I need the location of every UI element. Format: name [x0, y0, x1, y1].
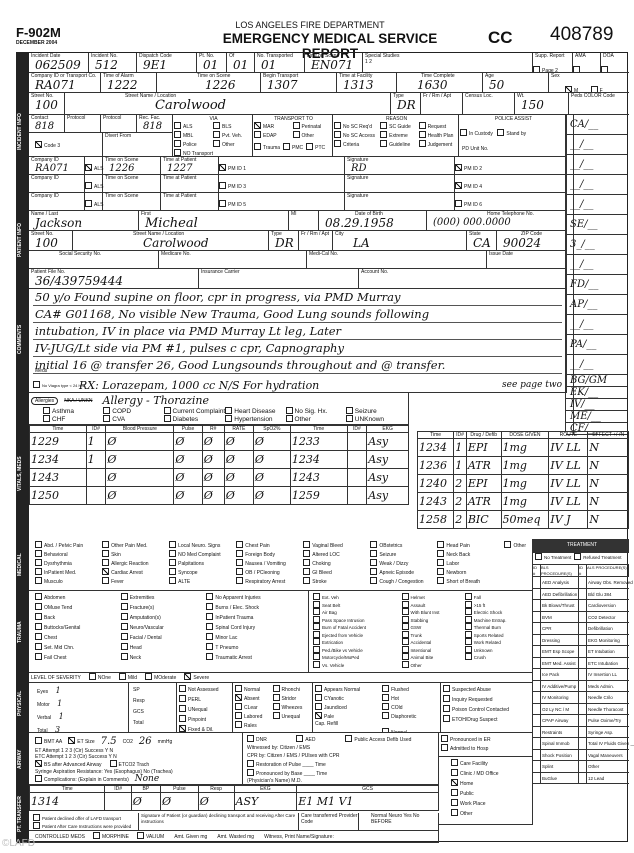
id-cell[interactable]	[579, 635, 587, 646]
time-complete-field[interactable]: Time Complete1630	[397, 73, 483, 93]
time-scene-field[interactable]: Time on Scene1226	[157, 73, 261, 93]
mechanism-checkbox[interactable]: Ejected from Vehicle	[313, 631, 402, 639]
file-no-field[interactable]: Patient File No.36/439759444	[29, 269, 199, 289]
side-code-17[interactable]: ME/__	[566, 411, 627, 423]
cell[interactable]: Ø	[224, 469, 253, 487]
als-procedure[interactable]: Vagal Maneuvers	[587, 750, 629, 761]
complaint-checkbox[interactable]: Nausea / Vomiting	[236, 559, 303, 568]
complaint-checkbox[interactable]: Foreign Body	[236, 550, 303, 559]
als-procedure[interactable]: ETC Intubation	[587, 658, 629, 669]
als-procedure[interactable]: Defibrillation	[587, 623, 629, 634]
pt-street-no-field[interactable]: Street No.100	[29, 231, 73, 251]
loc-work-checkbox[interactable]: Work Place	[451, 799, 530, 809]
hx-asthma-checkbox[interactable]: Asthma	[43, 407, 103, 415]
bls-procedure[interactable]: AED Defibrillation	[541, 589, 579, 600]
trauma-checkbox[interactable]: Chest	[35, 633, 115, 643]
contact-field[interactable]: Contact818	[29, 115, 65, 133]
id-cell[interactable]	[579, 727, 587, 738]
cell[interactable]: Ø	[253, 433, 290, 451]
cell[interactable]: 1	[454, 457, 467, 475]
als-procedure[interactable]: EKG Monitoring	[587, 635, 629, 646]
hx-copd-checkbox[interactable]: COPD	[103, 407, 163, 415]
cell[interactable]: 1250	[30, 487, 87, 505]
mechanism-checkbox[interactable]: Machine Entrap.	[465, 616, 528, 624]
mechanism-checkbox[interactable]: Pass Space Intrusion	[313, 616, 402, 624]
time-facility-field[interactable]: Time at Facility1313	[337, 73, 397, 93]
mechanism-checkbox[interactable]: Trunk	[402, 631, 465, 639]
code3-field[interactable]: Code 3	[29, 133, 103, 157]
hx-unknown-checkbox[interactable]: UNKnown	[346, 415, 406, 423]
bls-procedure[interactable]: Spinal Immob	[541, 738, 579, 749]
cell[interactable]: 1234	[418, 439, 454, 457]
transport-other-checkbox[interactable]: Other	[293, 131, 332, 140]
bls-procedure[interactable]: O2 Ly NC / M	[541, 704, 579, 715]
physician-name-row[interactable]: (Physician's Name) M.D.	[247, 778, 434, 784]
resp-normal-checkbox[interactable]: Normal	[235, 685, 273, 694]
bls-procedure[interactable]: Ice Pack	[541, 669, 579, 680]
als-procedure[interactable]: Other	[587, 761, 629, 772]
medicare-field[interactable]: Medicare No.	[159, 251, 307, 269]
of-field[interactable]: Of01	[227, 53, 255, 73]
id-cell[interactable]	[533, 623, 541, 634]
als-procedure[interactable]: Pulse Oxime/Try	[587, 715, 629, 726]
als-procedure[interactable]: Cardioversion	[587, 600, 629, 611]
trauma-checkbox[interactable]: Amputation(s)	[121, 613, 201, 623]
complaint-checkbox[interactable]: Musculo	[35, 577, 102, 586]
mechanism-checkbox[interactable]: >15 ft	[465, 601, 528, 609]
public-defib-checkbox[interactable]: Public Access Defib Used	[345, 735, 434, 744]
gcs-eyes-value[interactable]: 1	[50, 686, 61, 695]
id-cell[interactable]	[533, 635, 541, 646]
cell[interactable]: ATR	[466, 493, 501, 511]
side-code-9[interactable]: FD/__	[566, 275, 627, 295]
trauma-checkbox[interactable]: Neck	[121, 653, 201, 663]
bls-procedure[interactable]: Dressing	[541, 635, 579, 646]
dob-field[interactable]: Date of Birth08.29.1958	[319, 211, 427, 231]
mechanism-checkbox[interactable]: Thermal Burn	[465, 623, 528, 631]
side-code-11[interactable]: __/__	[566, 315, 627, 335]
severity-none-checkbox[interactable]: NOne	[89, 673, 111, 682]
bls-procedure[interactable]: Restraints	[541, 727, 579, 738]
bls-procedure[interactable]: Bk Blows/Thrust	[541, 600, 579, 611]
mechanism-checkbox[interactable]: Stabbing	[402, 616, 465, 624]
cell[interactable]	[105, 793, 131, 811]
cell[interactable]: Ø	[106, 433, 174, 451]
trauma-checkbox[interactable]: Back	[35, 613, 115, 623]
mechanism-checkbox[interactable]: Burn of Fatal Accident	[313, 623, 402, 631]
bls-procedure[interactable]: CPR	[541, 623, 579, 634]
id-cell[interactable]	[533, 692, 541, 703]
trauma-checkbox[interactable]: Spinal Cord Injury	[206, 623, 302, 633]
trauma-checkbox[interactable]: Neuro/Vascular	[121, 623, 201, 633]
complaint-checkbox[interactable]: Other	[504, 541, 526, 550]
id-cell[interactable]	[579, 750, 587, 761]
etc-trach-checkbox[interactable]: ETCO2 Trach	[110, 760, 150, 769]
reason-extreme-checkbox[interactable]: Extreme	[380, 131, 418, 140]
hx-nosig-checkbox[interactable]: No Sig. Hx.	[286, 407, 346, 415]
id-cell[interactable]	[533, 727, 541, 738]
complaint-checkbox[interactable]: Newborn	[437, 568, 504, 577]
resp-rales-checkbox[interactable]: Rales	[235, 721, 273, 730]
severity-moderate-checkbox[interactable]: MOderate	[145, 673, 176, 682]
cell[interactable]: EPI	[466, 475, 501, 493]
complications-checkbox[interactable]: Complications: (Explain in Comments)	[35, 775, 129, 784]
complaint-checkbox[interactable]: Short of Breath	[437, 577, 504, 586]
trauma-checkbox[interactable]: Abdomen	[35, 593, 115, 603]
pt-type-field[interactable]: TypeDR	[269, 231, 299, 251]
pt-apt-field[interactable]: Fr / Rm / Apt	[299, 231, 333, 251]
cell[interactable]: Ø	[198, 793, 234, 811]
mechanism-checkbox[interactable]: Fall	[465, 593, 528, 601]
id-cell[interactable]	[579, 692, 587, 703]
cell[interactable]: IV LL	[549, 493, 588, 511]
crew1-pm-id2-checkbox[interactable]: PM ID 2	[455, 166, 482, 172]
bls-procedure[interactable]: BVM	[541, 612, 579, 623]
loc-home-checkbox[interactable]: Home	[451, 779, 530, 789]
cell[interactable]: Ø	[202, 487, 224, 505]
als-procedure[interactable]: Bld Glu 384	[587, 589, 629, 600]
mechanism-checkbox[interactable]: Helmet	[402, 593, 465, 601]
pt-no-field[interactable]: Pt. No.01	[197, 53, 227, 73]
side-code-8[interactable]: __/__	[566, 255, 627, 275]
et-size-value[interactable]: 7.5	[101, 735, 117, 748]
cell[interactable]: Ø	[253, 469, 290, 487]
cell[interactable]: Ø	[160, 793, 198, 811]
account-field[interactable]: Account No.	[359, 269, 567, 289]
id-cell[interactable]	[579, 669, 587, 680]
bls-procedure[interactable]: EMT Esp Scope	[541, 646, 579, 657]
comments-field[interactable]: 50 y/o Found supine on floor, cpr in pro…	[29, 289, 567, 393]
suspected-abuse-checkbox[interactable]: Suspected Abuse	[443, 685, 530, 695]
cell[interactable]: 2	[454, 511, 467, 529]
pronounced-base-checkbox[interactable]: Pronounced by Base ____ Time	[247, 769, 434, 778]
mechanism-checkbox[interactable]: Crush	[465, 653, 528, 661]
cell[interactable]: 50meq	[501, 511, 549, 529]
transport-perinatal-checkbox[interactable]: Perinatal	[293, 122, 332, 131]
via-als-checkbox[interactable]: ALS	[174, 122, 213, 131]
trauma-checkbox[interactable]: Fail Chest	[35, 653, 115, 663]
cell[interactable]: N	[588, 475, 629, 493]
als-procedure[interactable]: 12 Lead	[587, 773, 629, 784]
bls-procedure[interactable]: EMT Med. Assist	[541, 658, 579, 669]
cell[interactable]: Ø	[131, 793, 160, 811]
resp-stridor-checkbox[interactable]: Stridor	[273, 694, 311, 703]
skin-pale-checkbox[interactable]: Pale	[315, 712, 382, 721]
complaint-checkbox[interactable]: Chest Pain	[236, 541, 303, 550]
mechanism-checkbox[interactable]: Seat Belt	[313, 601, 402, 609]
begin-transport-field[interactable]: Begin Transport1307	[261, 73, 337, 93]
id-cell[interactable]	[579, 773, 587, 784]
side-code-15[interactable]: EK/__	[566, 387, 627, 399]
side-code-7[interactable]: 3_/__	[566, 235, 627, 255]
mechanism-checkbox[interactable]: Accidental	[402, 638, 465, 646]
mechanism-checkbox[interactable]: GSW	[402, 623, 465, 631]
cpr-by-row[interactable]: CPR by: Citizen / EMS / PUlses with CPR	[247, 752, 434, 760]
gcs-motor-value[interactable]: 1	[51, 699, 62, 708]
mechanism-checkbox[interactable]: Work Related	[465, 638, 528, 646]
cell[interactable]: 1mg	[501, 457, 549, 475]
zip-field[interactable]: ZIP Code90024	[497, 231, 567, 251]
via-no-transport-checkbox[interactable]: NO Transport	[174, 149, 213, 157]
cell[interactable]: Ø	[106, 487, 174, 505]
cell[interactable]: 1234	[30, 451, 87, 469]
ama-field[interactable]: AMA	[573, 53, 601, 73]
als-procedure[interactable]: Needle Thoracost	[587, 704, 629, 715]
id-cell[interactable]	[533, 738, 541, 749]
cell[interactable]: Ø	[202, 469, 224, 487]
reason-no-sc-req-checkbox[interactable]: No SC Req'd	[334, 122, 380, 131]
cell[interactable]: Asy	[367, 433, 409, 451]
id-cell[interactable]	[533, 761, 541, 772]
last-name-field[interactable]: Name / LastJackson	[29, 211, 139, 231]
complaint-checkbox[interactable]: Weak / Dizzy	[370, 559, 437, 568]
declined-transport-checkbox[interactable]: Patient declined offer of LAFD transport	[33, 814, 134, 822]
cell[interactable]: N	[588, 457, 629, 475]
side-code-16[interactable]: IV/__	[566, 399, 627, 411]
loc-other-checkbox[interactable]: Other	[451, 809, 530, 819]
hx-diabetes-checkbox[interactable]: Diabetes	[164, 415, 226, 423]
crew2-pm-id2-checkbox[interactable]: PM ID 4	[455, 184, 482, 190]
cell[interactable]: Ø	[174, 469, 202, 487]
cell[interactable]: IV LL	[549, 457, 588, 475]
via-other-checkbox[interactable]: Other	[213, 140, 251, 149]
loc-public-checkbox[interactable]: Public	[451, 789, 530, 799]
amount-wasted-field[interactable]: Amt. Wasted mg	[215, 834, 254, 840]
cell[interactable]: 1229	[30, 433, 87, 451]
hx-current-checkbox[interactable]: Current Complaint	[164, 407, 226, 415]
hx-heart-checkbox[interactable]: Heart Disease	[225, 407, 285, 415]
complaint-checkbox[interactable]: Neck Back	[437, 550, 504, 559]
side-code-2[interactable]: __/__	[566, 155, 627, 175]
id-cell[interactable]	[533, 773, 541, 784]
via-police-checkbox[interactable]: Police	[174, 140, 213, 149]
reason-request-checkbox[interactable]: Request	[419, 122, 457, 131]
cell[interactable]: ASY	[234, 793, 297, 811]
id-cell[interactable]	[579, 623, 587, 634]
side-code-14[interactable]: BG/GM	[566, 375, 627, 387]
crew2-pm-id-checkbox[interactable]: PM ID 3	[219, 184, 246, 190]
resp-clear-checkbox[interactable]: CLear	[235, 703, 273, 712]
trauma-checkbox[interactable]: Set. Mid Chn.	[35, 643, 115, 653]
id-cell[interactable]	[533, 669, 541, 680]
skin-flushed-checkbox[interactable]: Flushed	[382, 685, 438, 694]
cell[interactable]: N	[588, 493, 629, 511]
cell[interactable]: IV LL	[549, 475, 588, 493]
complaint-checkbox[interactable]: OB / PCleoning	[236, 568, 303, 577]
id-cell[interactable]	[533, 704, 541, 715]
id-cell[interactable]	[533, 658, 541, 669]
trauma-checkbox[interactable]: Buttocks/Genital	[35, 623, 115, 633]
cell[interactable]: 1314	[30, 793, 105, 811]
time-alarm-field[interactable]: Time of Alarm1222	[101, 73, 157, 93]
complaint-checkbox[interactable]: NO Med Complaint	[169, 550, 236, 559]
als-procedure[interactable]: Needle Crilo	[587, 692, 629, 703]
mechanism-checkbox[interactable]: Motorcycle/MoPed	[313, 653, 402, 661]
cell[interactable]: BIC	[466, 511, 501, 529]
state-field[interactable]: StateCA	[467, 231, 497, 251]
complaint-checkbox[interactable]: ALTE	[169, 577, 236, 586]
supp-report-field[interactable]: Supp. ReportPage 2	[533, 53, 573, 73]
id-cell[interactable]	[579, 738, 587, 749]
id-cell[interactable]	[579, 646, 587, 657]
incident-no-field[interactable]: Incident No.512	[89, 53, 137, 73]
bs-after-airway-checkbox[interactable]: BS after Advanced Airway	[35, 760, 102, 769]
skin-cold-checkbox[interactable]: COld	[382, 703, 438, 712]
id-cell[interactable]	[579, 612, 587, 623]
reason-sc-guide-checkbox[interactable]: SC Guide	[380, 122, 418, 131]
bls-procedure[interactable]: Shock Position	[541, 750, 579, 761]
gcs-total-value[interactable]: 3	[49, 725, 60, 733]
transport-trauma-checkbox[interactable]: Trauma	[254, 143, 280, 152]
mechanism-checkbox[interactable]: Other	[402, 661, 465, 669]
complaint-checkbox[interactable]: Head Pain	[437, 541, 504, 550]
cell[interactable]	[347, 451, 367, 469]
trauma-checkbox[interactable]: Head	[121, 643, 201, 653]
trauma-checkbox[interactable]: No Apparent Injuries	[206, 593, 302, 603]
id-cell[interactable]	[533, 646, 541, 657]
cell[interactable]: N	[588, 511, 629, 529]
special-studies-field[interactable]: Special Studies1 2	[363, 53, 533, 73]
refused-treatment-checkbox[interactable]: Refused Treatment	[574, 553, 621, 564]
mechanism-checkbox[interactable]: Extrication	[313, 638, 402, 646]
insurance-field[interactable]: Insurance Carrier	[199, 269, 359, 289]
id-cell[interactable]	[579, 704, 587, 715]
crew2-als-checkbox[interactable]: ALS	[85, 184, 103, 190]
complaint-checkbox[interactable]: Fever	[102, 577, 169, 586]
complaint-checkbox[interactable]: Local Neuro. Signs	[169, 541, 236, 550]
skin-normal-checkbox[interactable]: Appears Normal	[315, 685, 382, 694]
cell[interactable]: 1	[86, 451, 106, 469]
mechanism-checkbox[interactable]: With Blunt Inst	[402, 608, 465, 616]
resp-absent-checkbox[interactable]: Absent	[235, 694, 273, 703]
id-cell[interactable]	[533, 589, 541, 600]
cell[interactable]: 1258	[418, 511, 454, 529]
resp-unequal-checkbox[interactable]: Unequal	[273, 712, 311, 721]
id-cell[interactable]	[579, 715, 587, 726]
trauma-checkbox[interactable]: OMuse Tend	[35, 603, 115, 613]
bls-procedure[interactable]: CPAP Airway	[541, 715, 579, 726]
et-size-checkbox[interactable]: ET Size	[68, 737, 94, 746]
cell[interactable]: N	[588, 439, 629, 457]
complaint-checkbox[interactable]: Cough / Congestion	[370, 577, 437, 586]
gcs-verbal-value[interactable]: 1	[53, 712, 64, 721]
side-code-12[interactable]: PA/__	[566, 335, 627, 355]
peds-color-field[interactable]: Peds COLOR Code	[569, 93, 629, 115]
cell[interactable]: Ø	[224, 487, 253, 505]
via-bls-checkbox[interactable]: BLS	[213, 122, 251, 131]
mechanism-checkbox[interactable]: Ext. Veh	[313, 593, 402, 601]
complaint-checkbox[interactable]: GI Bleed	[303, 568, 370, 577]
complaint-checkbox[interactable]: Apneic Episode	[370, 568, 437, 577]
cell[interactable]: Ø	[106, 451, 174, 469]
hx-seizure-checkbox[interactable]: Seizure	[346, 407, 406, 415]
co2-value[interactable]: 26	[139, 735, 152, 748]
complaint-checkbox[interactable]: Behavioral	[35, 550, 102, 559]
cell[interactable]: 1243	[418, 493, 454, 511]
first-name-field[interactable]: FirstMicheal	[139, 211, 289, 231]
crew1-als-checkbox[interactable]: ALS	[85, 166, 103, 172]
mechanism-checkbox[interactable]: Unknown	[465, 646, 528, 654]
rec-fac-field[interactable]: Rec. Fac.818	[137, 115, 173, 133]
code3-checkbox[interactable]: Code 3	[29, 133, 102, 150]
trauma-checkbox[interactable]: Facial / Dental	[121, 633, 201, 643]
id-cell[interactable]	[579, 761, 587, 772]
aed-checkbox[interactable]: AED	[296, 735, 345, 744]
hx-cva-checkbox[interactable]: CVA	[103, 415, 163, 423]
id-cell[interactable]	[579, 681, 587, 692]
incident-date-field[interactable]: Incident Date062509	[29, 53, 89, 73]
eyes-not-assessed-checkbox[interactable]: Not Assessed	[179, 685, 230, 695]
skin-jaundiced-checkbox[interactable]: Jaundiced	[315, 703, 382, 712]
admitted-hosp-checkbox[interactable]: Admitted to Hosp	[441, 744, 530, 753]
cell[interactable]	[86, 487, 106, 505]
als-procedure[interactable]: CO2 Detector	[587, 612, 629, 623]
severity-severe-checkbox[interactable]: Severe	[184, 673, 209, 682]
severity-mild-checkbox[interactable]: Mild	[119, 673, 137, 682]
sex-field[interactable]: SexM F	[549, 73, 629, 93]
als-procedure[interactable]: IV Insertion LL	[587, 669, 629, 680]
cell[interactable]	[347, 433, 367, 451]
cell[interactable]: 1259	[290, 487, 347, 505]
resp-rhonchi-checkbox[interactable]: Rhonchi	[273, 685, 311, 694]
cell[interactable]: Ø	[106, 469, 174, 487]
cell[interactable]	[86, 469, 106, 487]
crew1-signature-value[interactable]: RD	[345, 163, 454, 174]
cell[interactable]: IV J	[549, 511, 588, 529]
complaint-checkbox[interactable]: Seizure	[370, 550, 437, 559]
id-cell[interactable]	[579, 658, 587, 669]
cell[interactable]: Ø	[174, 451, 202, 469]
complaint-checkbox[interactable]: Skin	[102, 550, 169, 559]
id-cell[interactable]	[533, 750, 541, 761]
dispatch-code-field[interactable]: Dispatch Code9E1	[137, 53, 197, 73]
loc-clinic-checkbox[interactable]: Clinic / MD Office	[451, 769, 530, 779]
amount-given-field[interactable]: Amt. Given mg	[172, 834, 207, 840]
cell[interactable]: 1mg	[501, 493, 549, 511]
police-standby-checkbox[interactable]: Stand by	[497, 131, 526, 137]
city-field[interactable]: CityLA	[333, 231, 467, 251]
bls-procedure[interactable]: IV Additive/Pump	[541, 681, 579, 692]
complaint-checkbox[interactable]: Vaginal Bleed	[303, 541, 370, 550]
divert-field[interactable]: Divert From	[103, 133, 173, 157]
aftercare-checkbox[interactable]: Patient After Care Instructions were pro…	[33, 822, 134, 830]
skin-cyanotic-checkbox[interactable]: CYanotic	[315, 694, 382, 703]
protocol-field-1[interactable]: Protocol	[65, 115, 101, 133]
police-custody-checkbox[interactable]: In Custody	[460, 131, 493, 137]
id-cell[interactable]	[579, 577, 587, 588]
cell[interactable]: Ø	[224, 433, 253, 451]
crew3-als-checkbox[interactable]: ALS	[85, 202, 103, 208]
side-code-13[interactable]: __/__	[566, 355, 627, 375]
cell[interactable]: 1mg	[501, 475, 549, 493]
reason-no-sc-access-checkbox[interactable]: No SC Access	[334, 131, 380, 140]
complaint-checkbox[interactable]: Other Pain Med.	[102, 541, 169, 550]
eyes-unequal-checkbox[interactable]: UNequal	[179, 705, 230, 715]
complaint-checkbox[interactable]: Labor	[437, 559, 504, 568]
eyes-fixed-dilated-checkbox[interactable]: Fixed & Dil.	[179, 725, 230, 733]
trauma-checkbox[interactable]: Traumatic Arrest	[206, 653, 302, 663]
restoration-pulse-checkbox[interactable]: Restoration of Pulse ____ Time	[247, 760, 434, 769]
complaint-checkbox[interactable]: Choking	[303, 559, 370, 568]
id-cell[interactable]	[533, 577, 541, 588]
cell[interactable]: ATR	[466, 457, 501, 475]
complications-value[interactable]: None	[135, 775, 159, 784]
street-no-field[interactable]: Street No.100	[29, 93, 65, 115]
bls-procedure[interactable]: BuGlue	[541, 773, 579, 784]
cell[interactable]: 2	[454, 493, 467, 511]
side-code-0[interactable]: CA/__	[566, 115, 627, 135]
crew1-patient-value[interactable]: 1227	[161, 163, 218, 174]
